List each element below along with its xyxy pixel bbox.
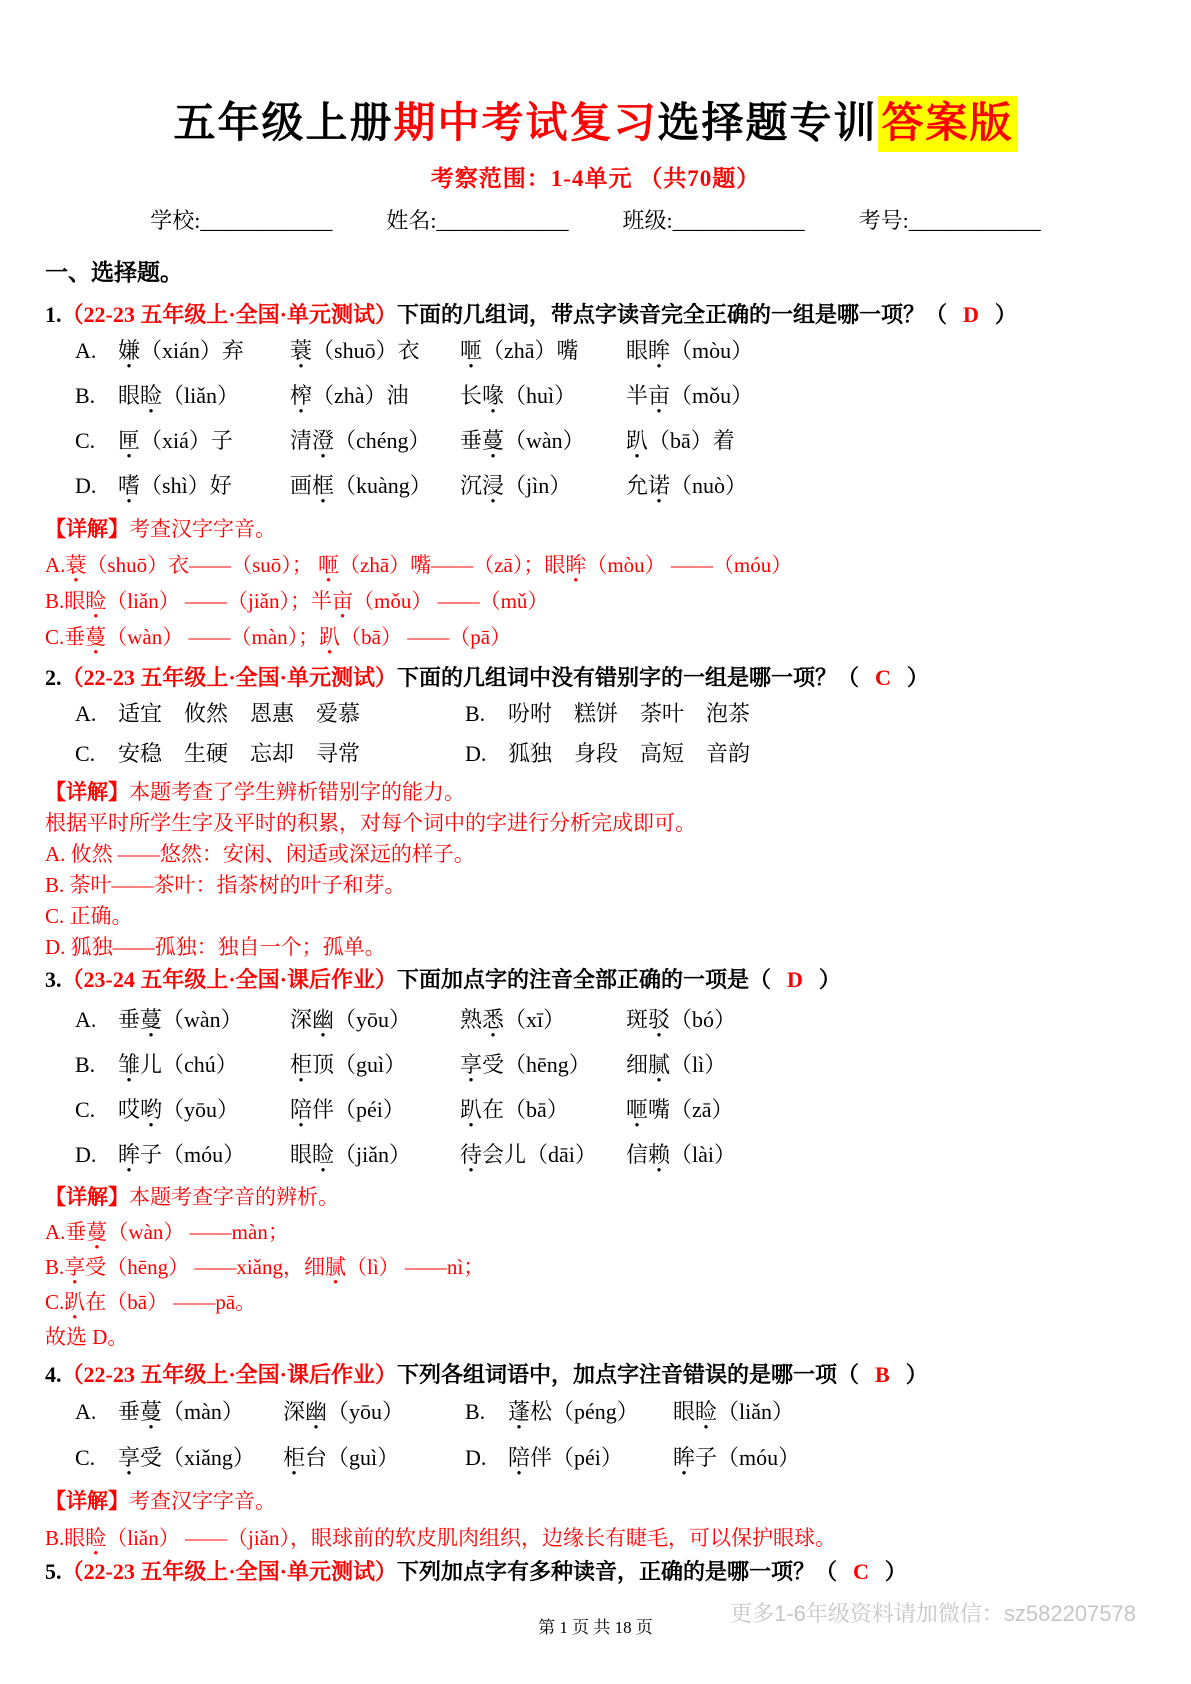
question-1-option-a: A. 嫌（xián）弃 蓑（shuō）衣 咂（zhā）嘴 眼眸（mòu）: [75, 336, 1146, 366]
name-label: 姓名:: [386, 208, 436, 233]
question-3-paren-close: ）: [819, 967, 841, 992]
question-5: 5.（22-23 五年级上·全国·单元测试）下列加点字有多种读音，正确的是哪一项…: [45, 1557, 1146, 1587]
question-1-answer: D: [963, 302, 979, 327]
question-3-answer: D: [787, 967, 803, 992]
question-4-stem: 4.（22-23 五年级上·全国·课后作业）下列各组词语中，加点字注音错误的是哪…: [45, 1360, 1146, 1390]
question-2-explanation: 【详解】本题考查了学生辨析错别字的能力。 根据平时所学生字及平时的积累，对每个词…: [45, 777, 1146, 963]
school-field: 学校:____________: [150, 206, 332, 236]
page-number: 第 1 页 共 18 页: [0, 1613, 1191, 1638]
examno-field: 考号:____________: [859, 206, 1041, 236]
question-3-option-b: B. 雏儿（chú） 柜顶（guì） 享受（hēng） 细腻（lì）: [75, 1050, 1146, 1080]
question-3-text: 下面加点字的注音全部正确的一项是（: [397, 967, 771, 992]
question-1-option-b: B. 眼睑（liǎn） 榨（zhà）油 长喙（huì） 半亩（mǒu）: [75, 381, 1146, 411]
examno-blank: ____________: [909, 208, 1041, 233]
name-blank: ____________: [437, 208, 569, 233]
question-2-text: 下面的几组词中没有错别字的一组是哪一项？（: [397, 665, 859, 690]
section-title: 一、选择题。: [45, 258, 1146, 288]
explanation-label: 【详解】: [45, 517, 129, 541]
name-field: 姓名:____________: [386, 206, 568, 236]
question-1-explanation: 【详解】考查汉字字音。 A.蓑（shuō）衣——（suō）； 咂（zhā）嘴——…: [45, 511, 1146, 655]
class-field: 班级:____________: [623, 206, 805, 236]
explanation-label: 【详解】: [45, 1185, 129, 1209]
question-4-option-b: B. 蓬松（péng） 眼睑（liǎn）: [465, 1397, 1146, 1427]
question-4-option-d: D. 陪伴（péi） 眸子（móu）: [465, 1443, 1146, 1473]
question-1-text: 下面的几组词，带点字读音完全正确的一组是哪一项？（: [397, 302, 947, 327]
question-2-paren-close: ）: [907, 665, 929, 690]
title-answer-version-highlight: 答案版: [878, 96, 1018, 152]
question-1-option-c: C. 匣（xiá）子 清澄（chéng） 垂蔓（wàn） 趴（bā）着: [75, 426, 1146, 456]
question-3-explanation: 【详解】本题考查字音的辨析。 A.垂蔓（wàn） ——màn； B.享受（hēn…: [45, 1180, 1146, 1355]
question-1-stem: 1.（22-23 五年级上·全国·单元测试）下面的几组词，带点字读音完全正确的一…: [45, 300, 1146, 330]
question-5-text: 下列加点字有多种读音，正确的是哪一项？（: [397, 1559, 837, 1584]
question-2-option-d: D. 狐独 身段 高短 音韵: [465, 739, 1146, 769]
question-4-number: 4.: [45, 1362, 62, 1387]
class-blank: ____________: [673, 208, 805, 233]
title-part-black1: 五年级上册: [173, 101, 393, 147]
question-1-options: A. 嫌（xián）弃 蓑（shuō）衣 咂（zhā）嘴 眼眸（mòu） B. …: [45, 336, 1146, 501]
question-4-option-a: A. 垂蔓（màn） 深幽（yōu）: [75, 1397, 465, 1427]
question-4-options: A. 垂蔓（màn） 深幽（yōu） B. 蓬松（péng） 眼睑（liǎn） …: [45, 1397, 1146, 1473]
question-3: 3.（23-24 五年级上·全国·课后作业）下面加点字的注音全部正确的一项是（D…: [45, 965, 1146, 1355]
question-5-stem: 5.（22-23 五年级上·全国·单元测试）下列加点字有多种读音，正确的是哪一项…: [45, 1557, 1146, 1587]
question-2-option-b: B. 吩咐 糕饼 荼叶 泡茶: [465, 699, 1146, 729]
question-2-answer: C: [875, 665, 891, 690]
question-2: 2.（22-23 五年级上·全国·单元测试）下面的几组词中没有错别字的一组是哪一…: [45, 663, 1146, 963]
school-blank: ____________: [200, 208, 332, 233]
examno-label: 考号:: [859, 208, 909, 233]
question-2-options: A. 适宜 攸然 恩惠 爱慕 B. 吩咐 糕饼 荼叶 泡茶 C. 安稳: [45, 699, 1146, 769]
question-4-explanation: 【详解】考查汉字字音。 B.眼睑（liǎn） ——（jiǎn），眼球前的软皮肌肉…: [45, 1483, 1146, 1557]
question-3-options: A. 垂蔓（wàn） 深幽（yōu） 熟悉（xī） 斑驳（bó） B. 雏儿（c…: [45, 1005, 1146, 1170]
question-4-option-c: C. 享受（xiǎng） 柜台（guì）: [75, 1443, 465, 1473]
exam-scope-subtitle: 考察范围：1-4单元 （共70题）: [45, 164, 1146, 194]
document-page: 五年级上册期中考试复习选择题专训答案版 考察范围：1-4单元 （共70题） 学校…: [0, 0, 1191, 1684]
question-4-paren-close: ）: [906, 1362, 928, 1387]
question-4-source-tag: （22-23 五年级上·全国·课后作业）: [62, 1362, 398, 1387]
question-3-stem: 3.（23-24 五年级上·全国·课后作业）下面加点字的注音全部正确的一项是（D…: [45, 965, 1146, 995]
question-3-option-a: A. 垂蔓（wàn） 深幽（yōu） 熟悉（xī） 斑驳（bó）: [75, 1005, 1146, 1035]
question-4-answer: B: [875, 1362, 890, 1387]
question-1-source-tag: （22-23 五年级上·全国·单元测试）: [62, 302, 398, 327]
title-part-red: 期中考试复习: [393, 101, 657, 147]
question-2-source-tag: （22-23 五年级上·全国·单元测试）: [62, 665, 398, 690]
question-4: 4.（22-23 五年级上·全国·课后作业）下列各组词语中，加点字注音错误的是哪…: [45, 1360, 1146, 1557]
question-3-option-c: C. 哎哟（yōu） 陪伴（péi） 趴在（bā） 咂嘴（zā）: [75, 1095, 1146, 1125]
question-1-number: 1.: [45, 302, 62, 327]
explanation-label: 【详解】: [45, 1489, 129, 1513]
explanation-label: 【详解】: [45, 780, 129, 804]
question-2-option-a: A. 适宜 攸然 恩惠 爱慕: [75, 699, 465, 729]
student-info-line: 学校:____________ 姓名:____________ 班级:_____…: [45, 206, 1146, 236]
question-5-paren-close: ）: [885, 1559, 907, 1584]
question-5-number: 5.: [45, 1559, 62, 1584]
title-part-black2: 选择题专训: [658, 101, 878, 147]
question-2-stem: 2.（22-23 五年级上·全国·单元测试）下面的几组词中没有错别字的一组是哪一…: [45, 663, 1146, 693]
question-3-option-d: D. 眸子（móu） 眼睑（jiǎn） 待会儿（dāi） 信赖（lài）: [75, 1140, 1146, 1170]
question-1-paren-close: ）: [995, 302, 1017, 327]
class-label: 班级:: [623, 208, 673, 233]
question-2-option-c: C. 安稳 生硬 忘却 寻常: [75, 739, 465, 769]
question-2-number: 2.: [45, 665, 62, 690]
question-5-source-tag: （22-23 五年级上·全国·单元测试）: [62, 1559, 398, 1584]
page-title: 五年级上册期中考试复习选择题专训答案版: [45, 96, 1146, 152]
question-5-answer: C: [853, 1559, 869, 1584]
question-1-option-d: D. 嗜（shì）好 画框（kuàng） 沉浸（jìn） 允诺（nuò）: [75, 471, 1146, 501]
school-label: 学校:: [150, 208, 200, 233]
question-3-source-tag: （23-24 五年级上·全国·课后作业）: [62, 967, 398, 992]
question-4-text: 下列各组词语中，加点字注音错误的是哪一项（: [397, 1362, 859, 1387]
question-1: 1.（22-23 五年级上·全国·单元测试）下面的几组词，带点字读音完全正确的一…: [45, 300, 1146, 655]
question-3-number: 3.: [45, 967, 62, 992]
